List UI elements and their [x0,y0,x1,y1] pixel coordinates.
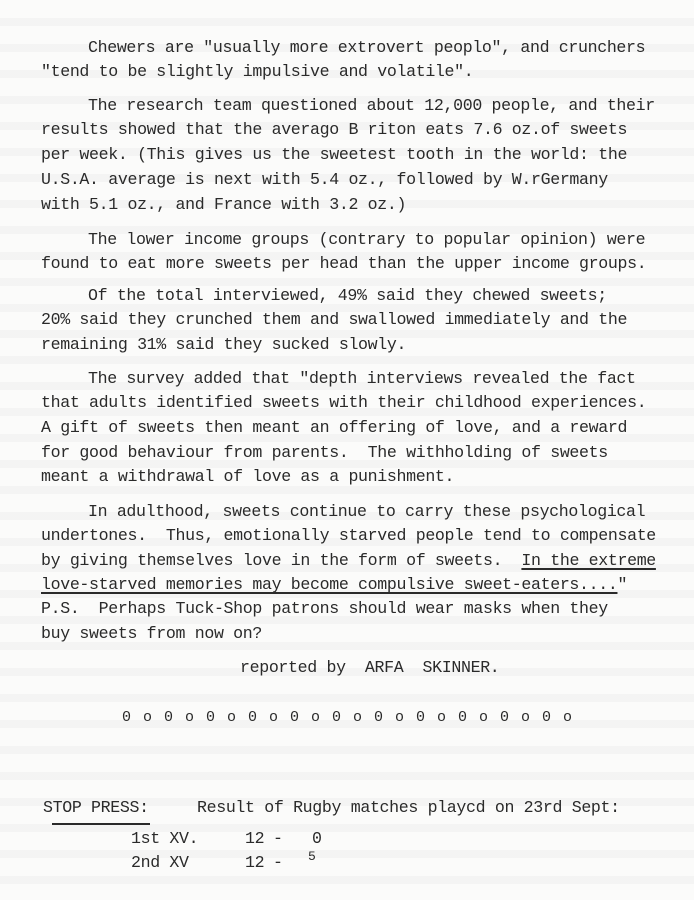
para4-line1: Of the total interviewed, 49% said they … [88,286,607,306]
para2-line4: U.S.A. average is next with 5.4 oz., fol… [41,170,608,190]
para6-line1: In adulthood, sweets continue to carry t… [88,502,645,522]
closing-quote: " [617,575,627,594]
stop-press-label: STOP PRESS: [43,798,149,818]
para5-line5: meant a withdrawal of love as a punishme… [41,467,454,487]
result-dash-2: - [273,853,283,873]
stop-press-underline [52,823,150,825]
separator-row: 0 o 0 o 0 o 0 o 0 o 0 o 0 o 0 o 0 o 0 o … [122,708,572,728]
result-score-against-2: 5 [308,853,315,874]
underlined-quote-part2: love-starved memories may become compuls… [41,575,617,594]
byline: reported by ARFA SKINNER. [240,658,499,678]
underlined-quote-part1: In the extreme [521,551,656,570]
para5-line1: The survey added that "depth interviews … [88,369,636,389]
para2-line1: The research team questioned about 12,00… [88,96,655,116]
para6-line3: by giving themselves love in the form of… [41,551,656,571]
para2-line5: with 5.1 oz., and France with 3.2 oz.) [41,195,406,215]
para5-line3: A gift of sweets then meant an offering … [41,418,627,438]
para3-line2: found to eat more sweets per head than t… [41,254,646,274]
ps-line2: buy sweets from now on? [41,624,262,644]
para6-line2: undertones. Thus, emotionally starved pe… [41,526,656,546]
para5-line2: that adults identified sweets with their… [41,393,646,413]
para2-line2: results showed that the averago B riton … [41,120,627,140]
result-team-2: 2nd XV [131,853,189,873]
result-score-against-2-value: 5 [308,849,315,864]
para5-line4: for good behaviour from parents. The wit… [41,443,608,463]
para1-line1: Chewers are "usually more extrovert peop… [88,38,645,58]
para6-line3-plain: by giving themselves love in the form of… [41,551,521,570]
para4-line3: remaining 31% said they sucked slowly. [41,335,406,355]
result-team-1: 1st XV. [131,829,198,849]
result-score-against-1: 0 [312,829,322,849]
result-score-for-2: 12 [245,853,264,873]
para2-line3: per week. (This gives us the sweetest to… [41,145,627,165]
para6-line4: love-starved memories may become compuls… [41,575,627,595]
ps-line1: P.S. Perhaps Tuck-Shop patrons should we… [41,599,608,619]
result-score-for-1: 12 [245,829,264,849]
result-dash-1: - [273,829,283,849]
para1-line2: "tend to be slightly impulsive and volat… [41,62,473,82]
para4-line2: 20% said they crunched them and swallowe… [41,310,627,330]
para3-line1: The lower income groups (contrary to pop… [88,230,645,250]
stop-press-headline: Result of Rugby matches playcd on 23rd S… [197,798,620,818]
typewritten-page: Chewers are "usually more extrovert peop… [0,0,694,900]
